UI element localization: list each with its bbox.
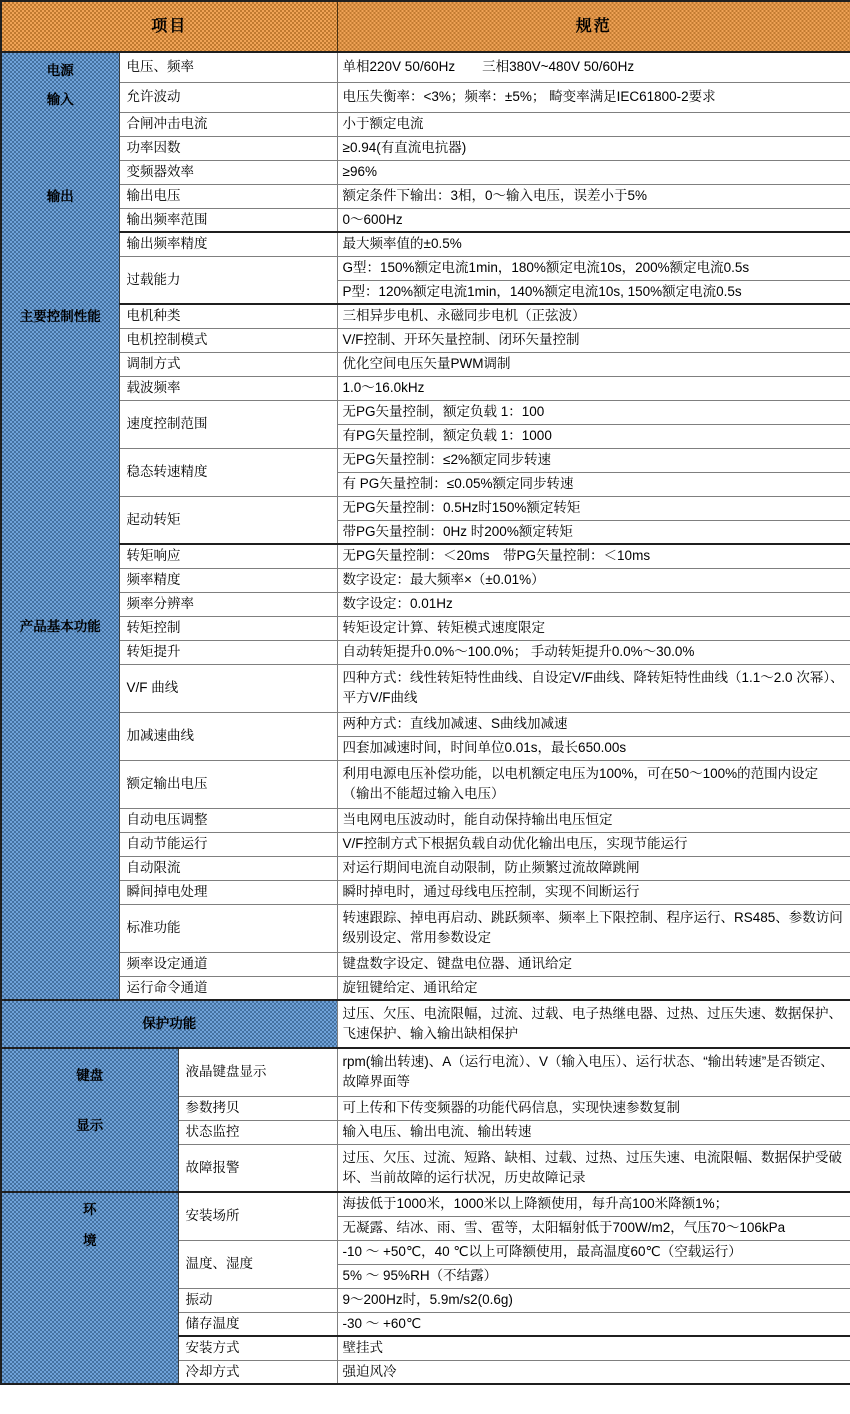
spec-cell: V/F控制、开环矢量控制、闭环矢量控制 — [337, 328, 850, 352]
table-row: 电机控制模式V/F控制、开环矢量控制、闭环矢量控制 — [1, 328, 850, 352]
item-cell: 状态监控 — [178, 1120, 337, 1144]
item-cell: 稳态转速精度 — [119, 448, 337, 496]
spec-cell: 当电网电压波动时，能自动保持输出电压恒定 — [337, 808, 850, 832]
table-row: 速度控制范围无PG矢量控制，额定负载 1：100 — [1, 400, 850, 424]
spec-cell: P型：120%额定电流1min，140%额定电流10s, 150%额定电流0.5… — [337, 280, 850, 304]
table-row: 标准功能转速跟踪、掉电再启动、跳跃频率、频率上下限控制、程序运行、RS485、参… — [1, 904, 850, 952]
spec-cell: 两种方式：直线加减速、S曲线加减速 — [337, 712, 850, 736]
item-cell: 输出电压 — [119, 184, 337, 208]
spec-cell: 无PG矢量控制：0.5Hz时150%额定转矩 — [337, 496, 850, 520]
item-cell: 电压、频率 — [119, 52, 337, 82]
item-cell: 加减速曲线 — [119, 712, 337, 760]
item-cell: 故障报警 — [178, 1144, 337, 1192]
item-cell: 转矩响应 — [119, 544, 337, 568]
table-row: 转矩控制转矩设定计算、转矩模式速度限定 — [1, 616, 850, 640]
section-label: 显示 — [2, 1116, 178, 1136]
table-row: 频率精度数字设定：最大频率×（±0.01%） — [1, 568, 850, 592]
item-cell: 转矩控制 — [119, 616, 337, 640]
spec-cell: 0～600Hz — [337, 208, 850, 232]
table-row: 输出频率精度最大频率值的±0.5% — [1, 232, 850, 256]
spec-cell: 带PG矢量控制：0Hz 时200%额定转矩 — [337, 520, 850, 544]
spec-cell: 5% ～ 95%RH（不结露） — [337, 1264, 850, 1288]
table-row: 输出频率范围0～600Hz — [1, 208, 850, 232]
spec-cell: 小于额定电流 — [337, 112, 850, 136]
item-cell: 频率精度 — [119, 568, 337, 592]
spec-cell: 数字设定：0.01Hz — [337, 592, 850, 616]
section-label: 输入 — [2, 90, 119, 110]
table-row: 载波频率1.0～16.0kHz — [1, 376, 850, 400]
section-label: 境 — [2, 1231, 178, 1251]
table-row: 自动限流对运行期间电流自动限制，防止频繁过流故障跳闸 — [1, 856, 850, 880]
inverter-spec-sheet: 项目 规范 电源输入输出主要控制性能产品基本功能电压、频率单相220V 50/6… — [0, 0, 850, 1414]
spec-cell: 额定条件下输出：3相，0～输入电压，误差小于5% — [337, 184, 850, 208]
spec-cell: 强迫风冷 — [337, 1360, 850, 1384]
spec-cell: 四套加减速时间，时间单位0.01s，最长650.00s — [337, 736, 850, 760]
spec-cell: 转矩设定计算、转矩模式速度限定 — [337, 616, 850, 640]
table-row: 调制方式优化空间电压矢量PWM调制 — [1, 352, 850, 376]
section-label: 主要控制性能 — [2, 307, 119, 327]
section-banner-label-protection: 保护功能 — [1, 1000, 337, 1048]
table-row: 环境安装场所海拔低于1000米，1000米以上降额使用，每升高100米降额1%； — [1, 1192, 850, 1216]
spec-cell: 无PG矢量控制：＜20ms 带PG矢量控制：＜10ms — [337, 544, 850, 568]
item-cell: 转矩提升 — [119, 640, 337, 664]
table-row: 转矩响应无PG矢量控制：＜20ms 带PG矢量控制：＜10ms — [1, 544, 850, 568]
item-cell: 功率因数 — [119, 136, 337, 160]
table-row: 变频器效率≥96% — [1, 160, 850, 184]
item-cell: 起动转矩 — [119, 496, 337, 544]
section-label: 键盘 — [2, 1066, 178, 1086]
spec-cell: 对运行期间电流自动限制，防止频繁过流故障跳闸 — [337, 856, 850, 880]
item-cell: 冷却方式 — [178, 1360, 337, 1384]
spec-cell: 无凝露、结冰、雨、雪、雹等，太阳辐射低于700W/m2，气压70～106kPa — [337, 1216, 850, 1240]
item-cell: 电机种类 — [119, 304, 337, 328]
spec-table: 项目 规范 电源输入输出主要控制性能产品基本功能电压、频率单相220V 50/6… — [0, 0, 850, 1385]
spec-table-body: 电源输入输出主要控制性能产品基本功能电压、频率单相220V 50/60Hz 三相… — [1, 52, 850, 1384]
spec-cell: 数字设定：最大频率×（±0.01%） — [337, 568, 850, 592]
item-cell: 变频器效率 — [119, 160, 337, 184]
spec-cell: 自动转矩提升0.0%～100.0%； 手动转矩提升0.0%～30.0% — [337, 640, 850, 664]
table-row: 功率因数≥0.94(有直流电抗器) — [1, 136, 850, 160]
header-item-column: 项目 — [1, 1, 337, 52]
table-row: 加减速曲线两种方式：直线加减速、S曲线加减速 — [1, 712, 850, 736]
item-cell: 安装场所 — [178, 1192, 337, 1240]
item-cell: 调制方式 — [119, 352, 337, 376]
spec-cell: 单相220V 50/60Hz 三相380V~480V 50/60Hz — [337, 52, 850, 82]
table-row: 频率设定通道键盘数字设定、键盘电位器、通讯给定 — [1, 952, 850, 976]
item-cell: 自动节能运行 — [119, 832, 337, 856]
item-cell: 振动 — [178, 1288, 337, 1312]
spec-cell: 电压失衡率：<3%；频率：±5%； 畸变率满足IEC61800-2要求 — [337, 82, 850, 112]
spec-cell: 利用电源电压补偿功能，以电机额定电压为100%，可在50～100%的范围内设定（… — [337, 760, 850, 808]
table-row: 合闸冲击电流小于额定电流 — [1, 112, 850, 136]
table-row: 自动节能运行V/F控制方式下根据负载自动优化输出电压，实现节能运行 — [1, 832, 850, 856]
spec-cell: 可上传和下传变频器的功能代码信息，实现快速参数复制 — [337, 1096, 850, 1120]
spec-cell: 键盘数字设定、键盘电位器、通讯给定 — [337, 952, 850, 976]
spec-cell: rpm(输出转速)、A（运行电流）、V（输入电压）、运行状态、“输出转速”是否锁… — [337, 1048, 850, 1096]
spec-cell: V/F控制方式下根据负载自动优化输出电压，实现节能运行 — [337, 832, 850, 856]
spec-cell: 瞬时掉电时，通过母线电压控制，实现不间断运行 — [337, 880, 850, 904]
table-row: 额定输出电压利用电源电压补偿功能，以电机额定电压为100%，可在50～100%的… — [1, 760, 850, 808]
spec-cell: -10 ～ +50℃，40 ℃以上可降额使用，最高温度60℃（空载运行） — [337, 1240, 850, 1264]
spec-cell: -30 ～ +60℃ — [337, 1312, 850, 1336]
table-row: 电源输入输出主要控制性能产品基本功能电压、频率单相220V 50/60Hz 三相… — [1, 52, 850, 82]
section-label-cell-keypad: 键盘显示 — [1, 1048, 178, 1192]
item-cell: 储存温度 — [178, 1312, 337, 1336]
table-header-row: 项目 规范 — [1, 1, 850, 52]
item-cell: 频率分辨率 — [119, 592, 337, 616]
table-row: 允许波动电压失衡率：<3%；频率：±5%； 畸变率满足IEC61800-2要求 — [1, 82, 850, 112]
spec-cell: 旋钮键给定、通讯给定 — [337, 976, 850, 1000]
item-cell: 温度、湿度 — [178, 1240, 337, 1288]
item-cell: 载波频率 — [119, 376, 337, 400]
item-cell: 速度控制范围 — [119, 400, 337, 448]
spec-cell: 转速跟踪、掉电再启动、跳跃频率、频率上下限控制、程序运行、RS485、参数访问级… — [337, 904, 850, 952]
spec-cell: 三相异步电机、永磁同步电机（正弦波） — [337, 304, 850, 328]
spec-cell: 最大频率值的±0.5% — [337, 232, 850, 256]
spec-cell: 无PG矢量控制，额定负载 1：100 — [337, 400, 850, 424]
spec-cell: 海拔低于1000米，1000米以上降额使用，每升高100米降额1%； — [337, 1192, 850, 1216]
spec-cell: 1.0～16.0kHz — [337, 376, 850, 400]
item-cell: 额定输出电压 — [119, 760, 337, 808]
section-label: 电源 — [2, 61, 119, 81]
spec-cell: 壁挂式 — [337, 1336, 850, 1360]
item-cell: 输出频率范围 — [119, 208, 337, 232]
spec-cell: 优化空间电压矢量PWM调制 — [337, 352, 850, 376]
table-row: 频率分辨率数字设定：0.01Hz — [1, 592, 850, 616]
item-cell: 允许波动 — [119, 82, 337, 112]
item-cell: 安装方式 — [178, 1336, 337, 1360]
spec-cell: 过压、欠压、过流、短路、缺相、过载、过热、过压失速、电流限幅、数据保护受破坏、当… — [337, 1144, 850, 1192]
section-label: 输出 — [2, 187, 119, 207]
spec-cell: ≥96% — [337, 160, 850, 184]
table-row: 电机种类三相异步电机、永磁同步电机（正弦波） — [1, 304, 850, 328]
table-row: V/F 曲线四种方式：线性转矩特性曲线、自设定V/F曲线、降转矩特性曲线（1.1… — [1, 664, 850, 712]
item-cell: 液晶键盘显示 — [178, 1048, 337, 1096]
table-row: 转矩提升自动转矩提升0.0%～100.0%； 手动转矩提升0.0%～30.0% — [1, 640, 850, 664]
item-cell: 参数拷贝 — [178, 1096, 337, 1120]
spec-cell: 有 PG矢量控制：≤0.05%额定同步转速 — [337, 472, 850, 496]
item-cell: 自动限流 — [119, 856, 337, 880]
spec-cell: 有PG矢量控制，额定负载 1：1000 — [337, 424, 850, 448]
item-cell: V/F 曲线 — [119, 664, 337, 712]
spec-cell: 过压、欠压、电流限幅，过流、过载、电子热继电器、过热、过压失速、数据保护、飞速保… — [337, 1000, 850, 1048]
section-row-protection: 保护功能过压、欠压、电流限幅，过流、过载、电子热继电器、过热、过压失速、数据保护… — [1, 1000, 850, 1048]
section-label-cell-env: 环境 — [1, 1192, 178, 1384]
item-cell: 瞬间掉电处理 — [119, 880, 337, 904]
header-spec-column: 规范 — [337, 1, 850, 52]
section-label: 环 — [2, 1200, 178, 1220]
item-cell: 频率设定通道 — [119, 952, 337, 976]
item-cell: 过载能力 — [119, 256, 337, 304]
item-cell: 标准功能 — [119, 904, 337, 952]
table-row: 稳态转速精度无PG矢量控制：≤2%额定同步转速 — [1, 448, 850, 472]
spec-cell: 无PG矢量控制：≤2%额定同步转速 — [337, 448, 850, 472]
table-row: 键盘显示液晶键盘显示rpm(输出转速)、A（运行电流）、V（输入电压）、运行状态… — [1, 1048, 850, 1096]
spec-cell: 输入电压、输出电流、输出转速 — [337, 1120, 850, 1144]
spec-cell: 四种方式：线性转矩特性曲线、自设定V/F曲线、降转矩特性曲线（1.1～2.0 次… — [337, 664, 850, 712]
spec-cell: ≥0.94(有直流电抗器) — [337, 136, 850, 160]
table-row: 自动电压调整当电网电压波动时，能自动保持输出电压恒定 — [1, 808, 850, 832]
section-label: 产品基本功能 — [2, 617, 119, 637]
table-row: 过载能力G型：150%额定电流1min，180%额定电流10s，200%额定电流… — [1, 256, 850, 280]
item-cell: 自动电压调整 — [119, 808, 337, 832]
section-label-cell-main: 电源输入输出主要控制性能产品基本功能 — [1, 52, 119, 1000]
spec-cell: G型：150%额定电流1min，180%额定电流10s，200%额定电流0.5s — [337, 256, 850, 280]
item-cell: 合闸冲击电流 — [119, 112, 337, 136]
item-cell: 运行命令通道 — [119, 976, 337, 1000]
item-cell: 输出频率精度 — [119, 232, 337, 256]
item-cell: 电机控制模式 — [119, 328, 337, 352]
spec-cell: 9～200Hz时，5.9m/s2(0.6g) — [337, 1288, 850, 1312]
table-row: 起动转矩无PG矢量控制：0.5Hz时150%额定转矩 — [1, 496, 850, 520]
table-row: 输出电压额定条件下输出：3相，0～输入电压，误差小于5% — [1, 184, 850, 208]
table-row: 瞬间掉电处理瞬时掉电时，通过母线电压控制，实现不间断运行 — [1, 880, 850, 904]
table-row: 运行命令通道旋钮键给定、通讯给定 — [1, 976, 850, 1000]
